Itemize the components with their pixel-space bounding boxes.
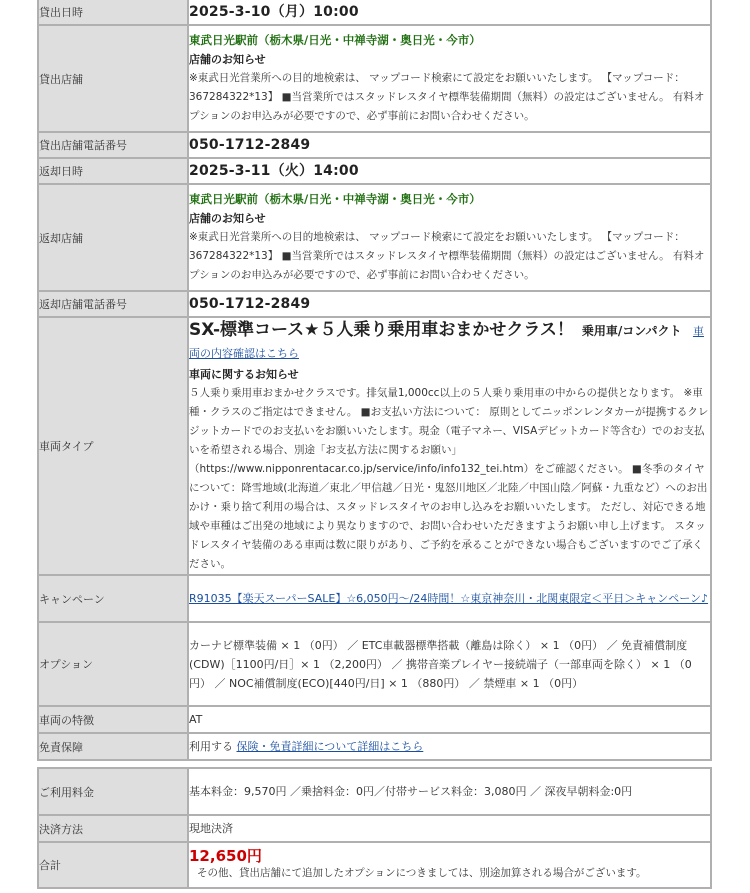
value-return-phone: 050-1712-2849 — [188, 291, 711, 317]
return-shop-notice: ※東武日光営業所への目的地検索は、 マップコード検索にて設定をお願いいたします。… — [189, 228, 710, 285]
pickup-shop-name: 東武日光駅前（栃木県/日光・中禅寺湖・奥日光・今市） — [189, 31, 710, 50]
value-features: AT — [188, 706, 711, 733]
label-campaign: キャンペーン — [38, 575, 188, 622]
row-features: 車両の特徴 AT — [38, 706, 711, 733]
label-pickup-shop: 貸出店舗 — [38, 25, 188, 132]
label-total: 合計 — [38, 842, 188, 888]
row-pickup-datetime: 貸出日時 2025-3-10（月）10:00 — [38, 0, 711, 25]
insurance-status: 利用する — [189, 740, 233, 753]
label-vehicle-type: 車両タイプ — [38, 317, 188, 575]
pricing-table: ご利用料金 基本料金：9,570円 ／乗捨料金：0円／付帯サービス料金：3,08… — [37, 767, 712, 889]
pickup-datetime: 2025-3-10（月）10:00 — [189, 4, 359, 20]
insurance-details-link[interactable]: 保険・免責詳細について詳細はこちら — [237, 740, 424, 753]
return-phone: 050-1712-2849 — [189, 296, 310, 312]
campaign-link[interactable]: R91035【楽天スーパーSALE】☆6,050円～/24時間！☆東京神奈川・北… — [189, 592, 708, 605]
value-total: 12,650円 その他、貸出店舗にて追加したオプションにつきましては、別途加算さ… — [188, 842, 711, 888]
pickup-shop-notice: ※東武日光営業所への目的地検索は、 マップコード検索にて設定をお願いいたします。… — [189, 69, 710, 126]
row-payment: 決済方法 現地決済 — [38, 815, 711, 842]
row-vehicle-type: 車両タイプ SX-標準コース★５人乗り乗用車おまかせクラス！乗用車/コンパクト … — [38, 317, 711, 575]
value-payment: 現地決済 — [188, 815, 711, 842]
value-return-datetime: 2025-3-11（火）14:00 — [188, 158, 711, 184]
vehicle-title: SX-標準コース★５人乗り乗用車おまかせクラス！ — [189, 320, 574, 340]
row-return-shop: 返却店舗 東武日光駅前（栃木県/日光・中禅寺湖・奥日光・今市） 店舗のお知らせ … — [38, 184, 711, 291]
row-return-phone: 返却店舗電話番号 050-1712-2849 — [38, 291, 711, 317]
value-options: カーナビ標準装備 × 1 （0円） ／ ETC車載器標準搭載（離島は除く） × … — [188, 622, 711, 706]
value-vehicle-type: SX-標準コース★５人乗り乗用車おまかせクラス！乗用車/コンパクト 車両の内容確… — [188, 317, 711, 575]
value-return-shop: 東武日光駅前（栃木県/日光・中禅寺湖・奥日光・今市） 店舗のお知らせ ※東武日光… — [188, 184, 711, 291]
value-fees: 基本料金：9,570円 ／乗捨料金：0円／付帯サービス料金：3,080円 ／ 深… — [188, 768, 711, 815]
row-insurance: 免責保障 利用する 保険・免責詳細について詳細はこちら — [38, 733, 711, 760]
label-fees: ご利用料金 — [38, 768, 188, 815]
total-amount: 12,650円 — [189, 848, 710, 865]
label-features: 車両の特徴 — [38, 706, 188, 733]
vehicle-class: 乗用車/コンパクト — [582, 324, 682, 338]
return-shop-notice-title: 店舗のお知らせ — [189, 209, 710, 228]
reservation-detail-table: 貸出日時 2025-3-10（月）10:00 貸出店舗 東武日光駅前（栃木県/日… — [37, 0, 712, 761]
value-pickup-phone: 050-1712-2849 — [188, 132, 711, 158]
label-pickup-datetime: 貸出日時 — [38, 0, 188, 25]
row-pickup-shop: 貸出店舗 東武日光駅前（栃木県/日光・中禅寺湖・奥日光・今市） 店舗のお知らせ … — [38, 25, 711, 132]
vehicle-notice: ５人乗り乗用車おまかせクラスです。排気量1,000cc以上の５人乗り乗用車の中か… — [189, 384, 710, 574]
row-options: オプション カーナビ標準装備 × 1 （0円） ／ ETC車載器標準搭載（離島は… — [38, 622, 711, 706]
pickup-phone: 050-1712-2849 — [189, 137, 310, 153]
return-shop-name: 東武日光駅前（栃木県/日光・中禅寺湖・奥日光・今市） — [189, 190, 710, 209]
label-return-datetime: 返却日時 — [38, 158, 188, 184]
label-pickup-phone: 貸出店舗電話番号 — [38, 132, 188, 158]
total-note: その他、貸出店舗にて追加したオプションにつきましては、別途加算される場合がござい… — [189, 865, 710, 882]
label-return-phone: 返却店舗電話番号 — [38, 291, 188, 317]
row-campaign: キャンペーン R91035【楽天スーパーSALE】☆6,050円～/24時間！☆… — [38, 575, 711, 622]
return-datetime: 2025-3-11（火）14:00 — [189, 163, 359, 179]
row-total: 合計 12,650円 その他、貸出店舗にて追加したオプションにつきましては、別途… — [38, 842, 711, 888]
label-insurance: 免責保障 — [38, 733, 188, 760]
pickup-shop-notice-title: 店舗のお知らせ — [189, 50, 710, 69]
value-campaign: R91035【楽天スーパーSALE】☆6,050円～/24時間！☆東京神奈川・北… — [188, 575, 711, 622]
label-options: オプション — [38, 622, 188, 706]
row-pickup-phone: 貸出店舗電話番号 050-1712-2849 — [38, 132, 711, 158]
label-return-shop: 返却店舗 — [38, 184, 188, 291]
value-insurance: 利用する 保険・免責詳細について詳細はこちら — [188, 733, 711, 760]
value-pickup-shop: 東武日光駅前（栃木県/日光・中禅寺湖・奥日光・今市） 店舗のお知らせ ※東武日光… — [188, 25, 711, 132]
row-fees: ご利用料金 基本料金：9,570円 ／乗捨料金：0円／付帯サービス料金：3,08… — [38, 768, 711, 815]
value-pickup-datetime: 2025-3-10（月）10:00 — [188, 0, 711, 25]
row-return-datetime: 返却日時 2025-3-11（火）14:00 — [38, 158, 711, 184]
vehicle-notice-title: 車両に関するお知らせ — [189, 365, 710, 384]
label-payment: 決済方法 — [38, 815, 188, 842]
